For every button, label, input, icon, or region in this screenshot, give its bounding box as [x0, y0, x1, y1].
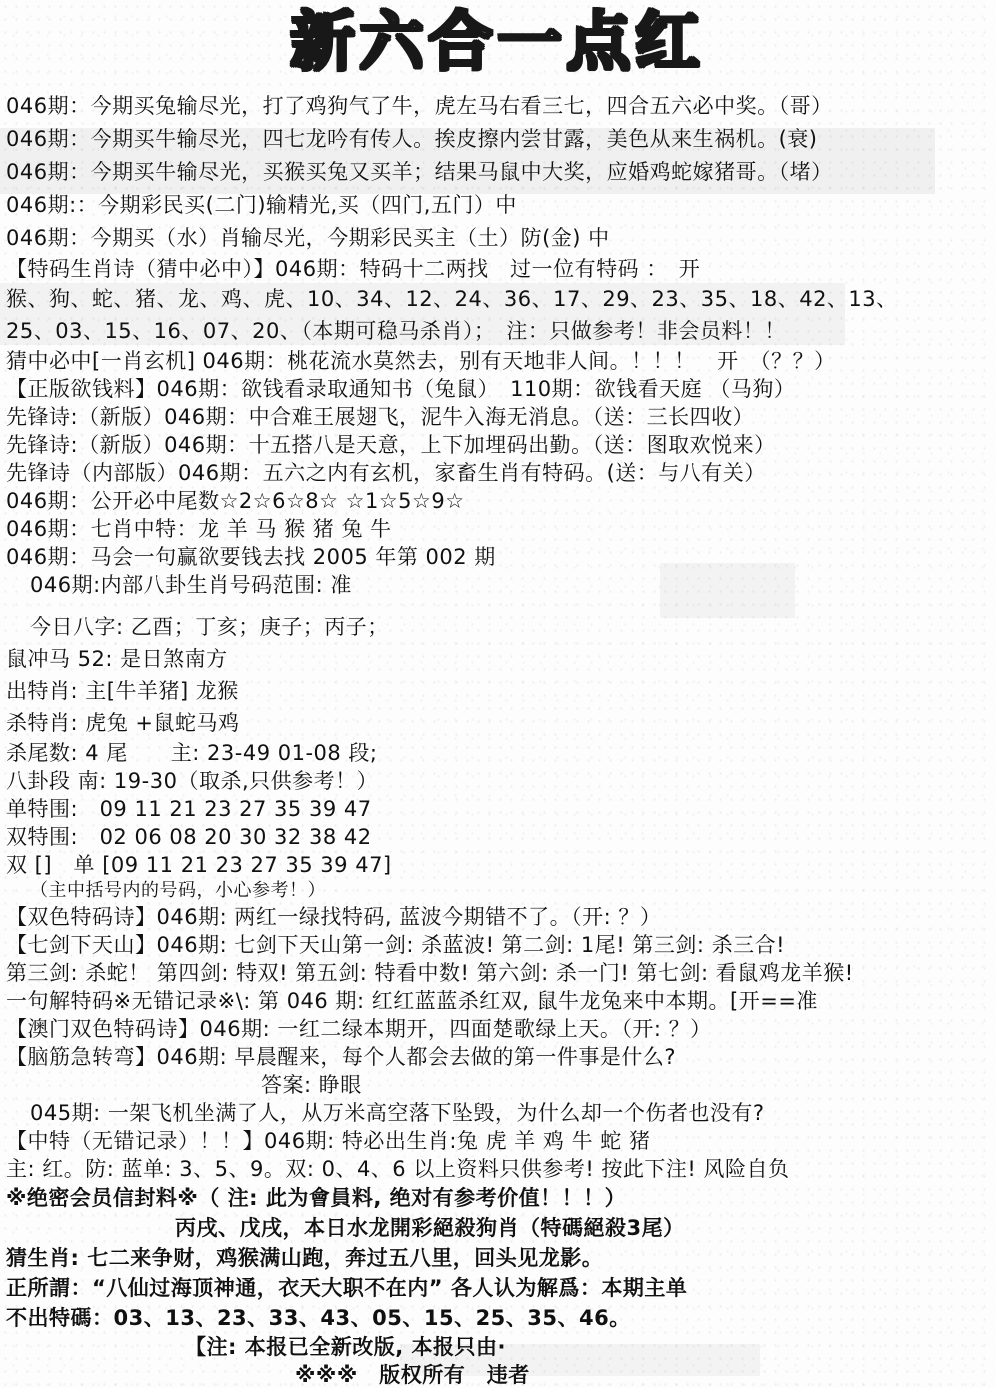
- text-line: ※※※ 版权所有 违者: [3, 1361, 995, 1388]
- text-line: 【澳门双色特码诗】046期: 一红二绿本期开，四面楚歌绿上天。（开: ？）: [3, 1015, 995, 1043]
- text-line: 先锋诗（内部版）046期：五六之内有玄机，家畜生肖有特码。(送：与八有关）: [3, 459, 995, 487]
- text-line: 046期：今期买兔输尽光，打了鸡狗气了牛，虎左马右看三七，四合五六必中奖。（哥）: [3, 90, 995, 123]
- text-line: （主中括号内的号码，小心参考！）: [3, 879, 995, 903]
- text-line: 双 [] 单 [09 11 21 23 27 35 39 47]: [3, 851, 995, 879]
- text-line: 鼠冲马 52: 是日煞南方: [3, 643, 995, 675]
- text-line: 丙戌、戊戌，本日水龙開彩絕殺狗肖（特碼絕殺3尾）: [3, 1213, 995, 1243]
- text-line: 【脑筋急转弯】046期: 早晨醒来，每个人都会去做的第一件事是什么?: [3, 1043, 995, 1071]
- text-line: 八卦段 南: 19-30（取杀,只供参考！）: [3, 767, 995, 795]
- text-line: 答案: 睁眼: [3, 1071, 995, 1099]
- text-line: ※绝密会员信封料※（ 注: 此为會員料, 绝对有参考价值！！！）: [3, 1183, 995, 1213]
- text-line: 先锋诗:（新版）046期：十五搭八是天意，上下加埋码出勤。（送：图取欢悦来）: [3, 431, 995, 459]
- page-title: 新六合一点红: [0, 2, 995, 84]
- text-line: 猜中必中[一肖玄机] 046期：桃花流水莫然去，别有天地非人间。！！！ 开 （？…: [3, 347, 995, 375]
- text-line: 今日八字: 乙酉；丁亥；庚子；丙子；: [3, 611, 995, 643]
- text-line: 25、03、15、16、07、20、（本期可稳马杀肖）； 注：只做参考！非会员料…: [3, 315, 995, 347]
- text-line: 046期：七肖中特：龙 羊 马 猴 猪 兔 牛: [3, 515, 995, 543]
- document-page: 新六合一点红 046期：今期买兔输尽光，打了鸡狗气了牛，虎左马右看三七，四合五六…: [0, 0, 995, 1388]
- text-line: 【七剑下天山】046期: 七剑下天山第一剑: 杀蓝波! 第二剑: 1尾! 第三剑…: [3, 931, 995, 959]
- text-line: 046期：今期买牛输尽光，四七龙吟有传人。挨皮擦内尝甘露，美色从来生祸机。(衰): [3, 123, 995, 156]
- text-line: 【正版欲钱料】046期：欲钱看录取通知书（兔鼠） 110期：欲钱看天庭 （马狗）: [3, 375, 995, 403]
- text-line: 第三剑: 杀蛇！ 第四剑: 特双! 第五剑: 特看中数! 第六剑: 杀一门! 第…: [3, 959, 995, 987]
- text-line: 杀尾数: 4 尾 主: 23-49 01-08 段;: [3, 739, 995, 767]
- lines-container: 046期：今期买兔输尽光，打了鸡狗气了牛，虎左马右看三七，四合五六必中奖。（哥）…: [3, 90, 995, 1388]
- text-line: 猜生肖: 七二来争财，鸡猴满山跑，奔过五八里，回头见龙影。: [3, 1243, 995, 1273]
- text-line: 046期：今期买牛输尽光，买猴买兔又买羊；结果马鼠中大奖，应婚鸡蛇嫁猪哥。（堵）: [3, 156, 995, 189]
- text-line: 046期:内部八卦生肖号码范围: 准: [3, 571, 995, 599]
- text-line: 先锋诗:（新版）046期：中合难王展翅飞，泥牛入海无消息。（送：三长四收）: [3, 403, 995, 431]
- text-line: 046期：马会一句赢欲要钱去找 2005 年第 002 期: [3, 543, 995, 571]
- text-line: 046期：公开必中尾数☆2☆6☆8☆ ☆1☆5☆9☆: [3, 487, 995, 515]
- text-line: 出特肖: 主[牛羊猪] 龙猴: [3, 675, 995, 707]
- text-line: 双特围: 02 06 08 20 30 32 38 42: [3, 823, 995, 851]
- text-line: 045期: 一架飞机坐满了人，从万米高空落下坠毁，为什么却一个伤者也没有?: [3, 1099, 995, 1127]
- text-line: 046期：今期买（水）肖输尽光，今期彩民买主（土）防(金) 中: [3, 222, 995, 255]
- text-line: 猴、狗、蛇、猪、龙、鸡、虎、10、34、12、24、36、17、29、23、35…: [3, 283, 995, 315]
- text-line: 【中特（无错记录）！！】046期: 特必出生肖:兔 虎 羊 鸡 牛 蛇 猪: [3, 1127, 995, 1155]
- text-line: 【双色特码诗】046期: 两红一绿找特码, 蓝波今期错不了。（开: ？）: [3, 903, 995, 931]
- text-line: 一句解特码※无错记录※\: 第 046 期: 红红蓝蓝杀红双, 鼠牛龙兔来中本期…: [3, 987, 995, 1015]
- text-line: 【注: 本报已全新改版, 本报只由·: [3, 1333, 995, 1361]
- text-line: 046期:：今期彩民买(二门)输精光,买（四门,五门）中: [3, 189, 995, 222]
- text-line: 主: 红。防: 蓝单: 3、5、9。双: 0、4、6 以上资料只供参考! 按此下…: [3, 1155, 995, 1183]
- text-line: 单特围: 09 11 21 23 27 35 39 47: [3, 795, 995, 823]
- text-line: 不出特碼：03、13、23、33、43、05、15、25、35、46。: [3, 1303, 995, 1333]
- text-line: 【特码生肖诗（猜中必中）】046期：特码十二两找 过一位有特码 ： 开: [3, 255, 995, 283]
- text-line: 杀特肖: 虎兔 +鼠蛇马鸡: [3, 707, 995, 739]
- text-line: 正所謂：“八仙过海顶神通，衣天大职不在内” 各人认为解爲：本期主单: [3, 1273, 995, 1303]
